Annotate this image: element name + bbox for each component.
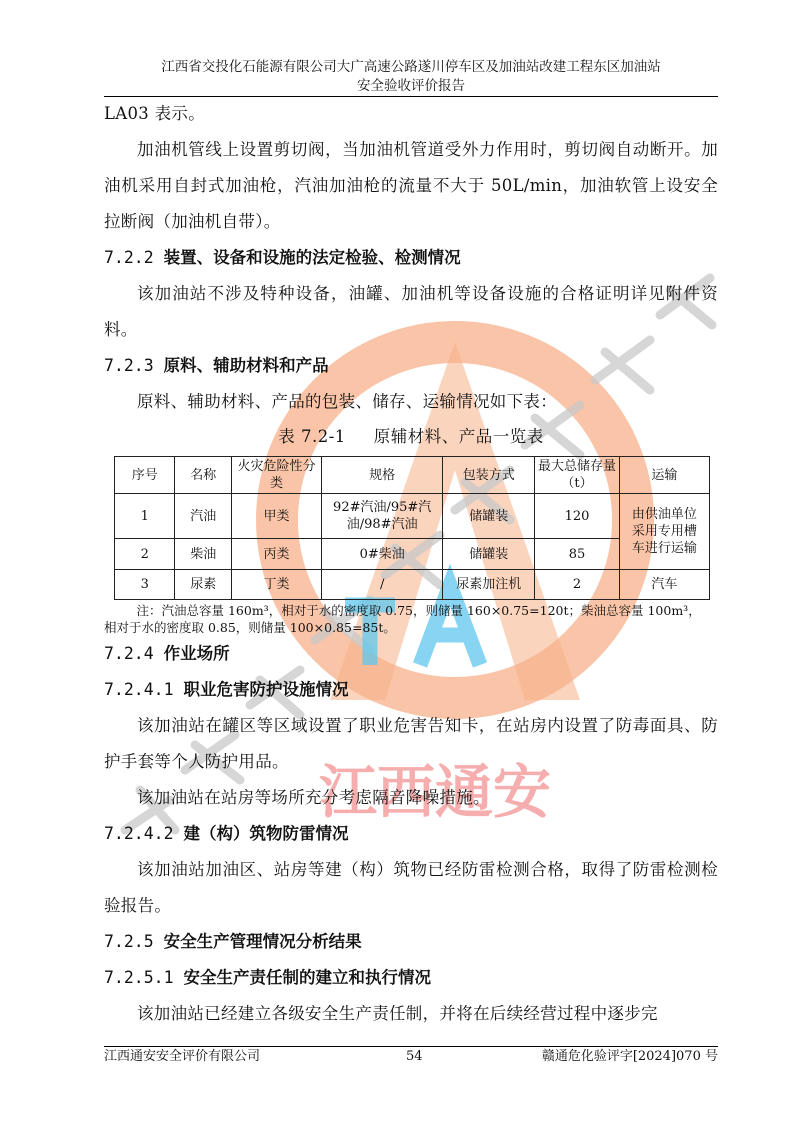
table-header-cell: 火灾危险性分类 [232, 457, 322, 494]
paragraph: 该加油站在罐区等区域设置了职业危害告知卡，在站房内设置了防毒面具、防护手套等个人… [104, 708, 718, 780]
table-cell: 85 [535, 539, 619, 570]
page-content: LA03 表示。 加油机管线上设置剪切阀，当加油机管道受外力作用时，剪切阀自动断… [104, 96, 718, 1032]
table-cell: 3 [115, 570, 175, 600]
table-cell: 储罐装 [443, 494, 535, 539]
table-cell: / [322, 570, 443, 600]
table-header-cell: 最大总储存量（t） [535, 457, 619, 494]
table-cell: 2 [535, 570, 619, 600]
table-header-cell: 名称 [175, 457, 232, 494]
table-note-line: 注：汽油总容量 160m³，相对于水的密度取 0.75，则储量 160×0.75… [104, 602, 718, 619]
table-cell: 丙类 [232, 539, 322, 570]
paragraph: 该加油站在站房等场所充分考虑隔音降噪措施。 [104, 780, 718, 816]
section-number: 7.2.4.2 [104, 824, 174, 843]
paragraph: LA03 表示。 [104, 96, 718, 132]
paragraph: 该加油站已经建立各级安全生产责任制，并将在后续经营过程中逐步完 [104, 996, 718, 1032]
footer-doc-number: 赣通危化验评字[2024]070 号 [542, 1048, 718, 1066]
section-title: 职业危害防护设施情况 [183, 680, 348, 699]
footer-divider [104, 1046, 718, 1047]
section-number: 7.2.3 [104, 356, 154, 375]
section-title: 安全生产管理情况分析结果 [164, 932, 362, 951]
document-page: 江西通安 江西省交投化石能源有限公司大广高速公路遂川停车区及加油站改建工程东区加… [0, 0, 794, 1123]
section-heading-7-2-4: 7.2.4 作业场所 [104, 636, 718, 672]
table-note: 注：汽油总容量 160m³，相对于水的密度取 0.75，则储量 160×0.75… [104, 602, 718, 636]
table-cell: 尿素加注机 [443, 570, 535, 600]
table-cell: 0#柴油 [322, 539, 443, 570]
section-heading-7-2-3: 7.2.3 原料、辅助材料和产品 [104, 348, 718, 384]
footer-company: 江西通安安全评价有限公司 [104, 1048, 260, 1066]
section-title: 建（构）筑物防雷情况 [183, 824, 348, 843]
section-title: 装置、设备和设施的法定检验、检测情况 [164, 248, 461, 267]
section-heading-7-2-2: 7.2.2 装置、设备和设施的法定检验、检测情况 [104, 240, 718, 276]
table-cell: 92#汽油/95#汽油/98#汽油 [322, 494, 443, 539]
table-header-cell: 规格 [322, 457, 443, 494]
table-note-line: 相对于水的密度取 0.85，则储量 100×0.85=85t。 [104, 620, 396, 635]
section-title: 作业场所 [164, 644, 230, 663]
paragraph: 原料、辅助材料、产品的包装、储存、运输情况如下表： [104, 384, 718, 420]
section-heading-7-2-4-1: 7.2.4.1 职业危害防护设施情况 [104, 672, 718, 708]
section-number: 7.2.2 [104, 248, 154, 267]
table-cell: 尿素 [175, 570, 232, 600]
table-header-cell: 包装方式 [443, 457, 535, 494]
materials-table: 序号 名称 火灾危险性分类 规格 包装方式 最大总储存量（t） 运输 1 汽油 … [114, 456, 710, 600]
section-title: 原料、辅助材料和产品 [164, 356, 329, 375]
table-header-cell: 运输 [619, 457, 709, 494]
table-cell: 2 [115, 539, 175, 570]
paragraph: 该加油站加油区、站房等建（构）筑物已经防雷检测合格，取得了防雷检测检验报告。 [104, 852, 718, 924]
table-cell: 丁类 [232, 570, 322, 600]
table-cell: 甲类 [232, 494, 322, 539]
table-row: 3 尿素 丁类 / 尿素加注机 2 汽车 [115, 570, 710, 600]
page-number: 54 [406, 1048, 423, 1066]
table-caption: 表 7.2-1原辅材料、产品一览表 [104, 420, 718, 454]
table-header-row: 序号 名称 火灾危险性分类 规格 包装方式 最大总储存量（t） 运输 [115, 457, 710, 494]
table-row: 1 汽油 甲类 92#汽油/95#汽油/98#汽油 储罐装 120 由供油单位采… [115, 494, 710, 539]
section-title: 安全生产责任制的建立和执行情况 [183, 968, 431, 987]
header-title-line1: 江西省交投化石能源有限公司大广高速公路遂川停车区及加油站改建工程东区加油站 [104, 58, 718, 77]
table-cell: 汽油 [175, 494, 232, 539]
page-header: 江西省交投化石能源有限公司大广高速公路遂川停车区及加油站改建工程东区加油站 安全… [104, 58, 718, 96]
section-heading-7-2-5-1: 7.2.5.1 安全生产责任制的建立和执行情况 [104, 960, 718, 996]
header-title-line2: 安全验收评价报告 [104, 77, 718, 96]
table-cell: 柴油 [175, 539, 232, 570]
section-heading-7-2-5: 7.2.5 安全生产管理情况分析结果 [104, 924, 718, 960]
paragraph: 该加油站不涉及特种设备，油罐、加油机等设备设施的合格证明详见附件资料。 [104, 276, 718, 348]
table-header-cell: 序号 [115, 457, 175, 494]
section-number: 7.2.4 [104, 644, 154, 663]
table-caption-title: 原辅材料、产品一览表 [374, 427, 544, 446]
table-cell: 120 [535, 494, 619, 539]
paragraph: 加油机管线上设置剪切阀，当加油机管道受外力作用时，剪切阀自动断开。加油机采用自封… [104, 132, 718, 240]
section-number: 7.2.4.1 [104, 680, 174, 699]
section-number: 7.2.5.1 [104, 968, 174, 987]
table-cell: 由供油单位采用专用槽车进行运输 [619, 494, 709, 570]
table-cell: 1 [115, 494, 175, 539]
table-cell: 储罐装 [443, 539, 535, 570]
table-caption-number: 表 7.2-1 [278, 427, 346, 446]
table-cell: 汽车 [619, 570, 709, 600]
section-number: 7.2.5 [104, 932, 154, 951]
section-heading-7-2-4-2: 7.2.4.2 建（构）筑物防雷情况 [104, 816, 718, 852]
